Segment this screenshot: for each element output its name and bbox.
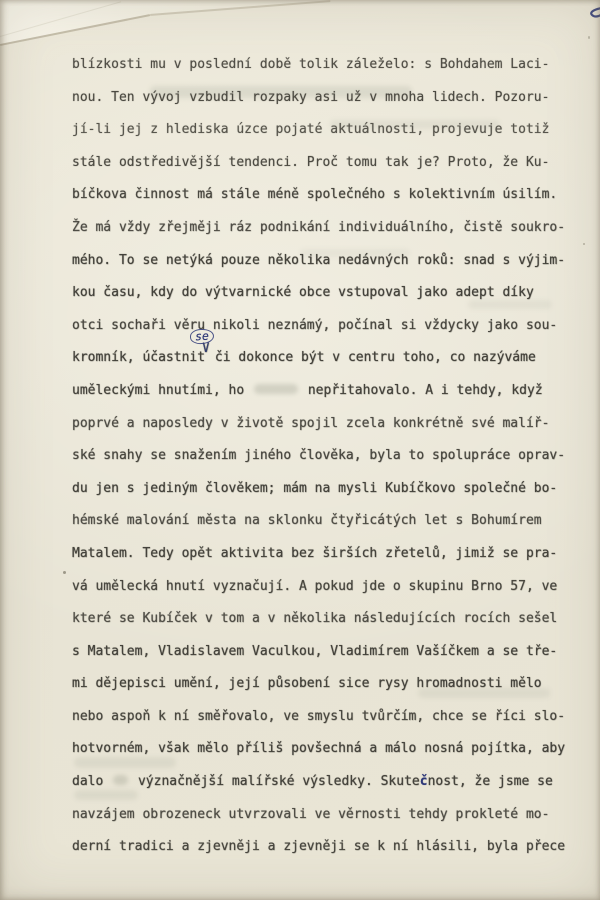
text-line: mi dějepisci umění, její působení sice r…	[72, 668, 577, 701]
erased-word	[254, 384, 298, 394]
text-line: ské snahy se snažením jiného člověka, by…	[72, 440, 577, 473]
text-line: derní tradici a zjevněji a zjevněji se k…	[72, 831, 577, 864]
line-segment: význačnější malířské výsledky. Skute	[130, 774, 420, 789]
text-line: mého. To se netýká pouze několika nedávn…	[72, 245, 577, 278]
line-segment: dalo	[72, 774, 111, 789]
text-line: poprvé a naposledy v životě spojil zcela…	[72, 408, 577, 441]
line-segment: nepřitahovalo. A i tehdy, když	[300, 383, 543, 398]
manuscript-page: { "page": { "kind": "typewritten manuscr…	[0, 0, 600, 900]
handwritten-insertion: ∨se	[205, 348, 207, 361]
text-line: Matalem. Tedy opět aktivita bez širších …	[72, 538, 577, 571]
text-line: uměleckými hnutími, ho nepřitahovalo. A …	[72, 375, 577, 408]
text-line: bíčkova činnost má stále méně společného…	[72, 179, 577, 212]
text-line: kou času, kdy do výtvarnické obce vstupo…	[72, 277, 577, 310]
text-line: blízkosti mu v poslední době tolik zálež…	[72, 49, 577, 82]
text-line: kromník, účastnit∨se či dokonce být v ce…	[72, 342, 577, 375]
erased-word	[113, 775, 128, 785]
text-line: jí-li jej z hlediska úzce pojaté aktuáln…	[72, 114, 577, 147]
text-line: nebo aspoň k ní směřovalo, ve smyslu tvů…	[72, 701, 577, 734]
text-line: hotvorném, však mělo příliš povšechná a …	[72, 733, 577, 766]
text-line: du jen s jediným člověkem; mám na mysli …	[72, 473, 577, 506]
line-segment: kromník, účastnit	[72, 350, 205, 365]
text-line: otci sochaři věru nikoli neznámý, počína…	[72, 310, 577, 343]
text-line: Že má vždy zřejměji ráz podnikání indivi…	[72, 212, 577, 245]
pen-mark	[571, 3, 600, 29]
text-line: nou. Ten vývoj vzbudil rozpaky asi už v …	[72, 82, 577, 115]
line-segment: či dokonce být v centru toho, co nazývám…	[207, 350, 536, 365]
pen-corrected-char: č	[420, 774, 428, 789]
text-line: které se Kubíček v tom a v několika násl…	[72, 603, 577, 636]
line-segment: uměleckými hnutími, ho	[72, 383, 252, 398]
line-segment: nost, že jsme se	[428, 774, 553, 789]
ink-speck	[63, 571, 66, 574]
text-line: dalo význačnější malířské výsledky. Skut…	[72, 766, 577, 799]
text-line: navzájem obrozeneck utvrzovali ve věrnos…	[72, 799, 577, 832]
text-line: vá umělecká hnutí vyznačují. A pokud jde…	[72, 571, 577, 604]
text-line: stále odstředivější tendenci. Proč tomu …	[72, 147, 577, 180]
text-line: hémské malování města na sklonku čtyřicá…	[72, 505, 577, 538]
text-line: s Matalem, Vladislavem Vaculkou, Vladimí…	[72, 636, 577, 669]
ink-speck	[583, 243, 585, 245]
ink-speck	[588, 36, 590, 39]
typed-text-block: blízkosti mu v poslední době tolik zálež…	[72, 49, 577, 864]
